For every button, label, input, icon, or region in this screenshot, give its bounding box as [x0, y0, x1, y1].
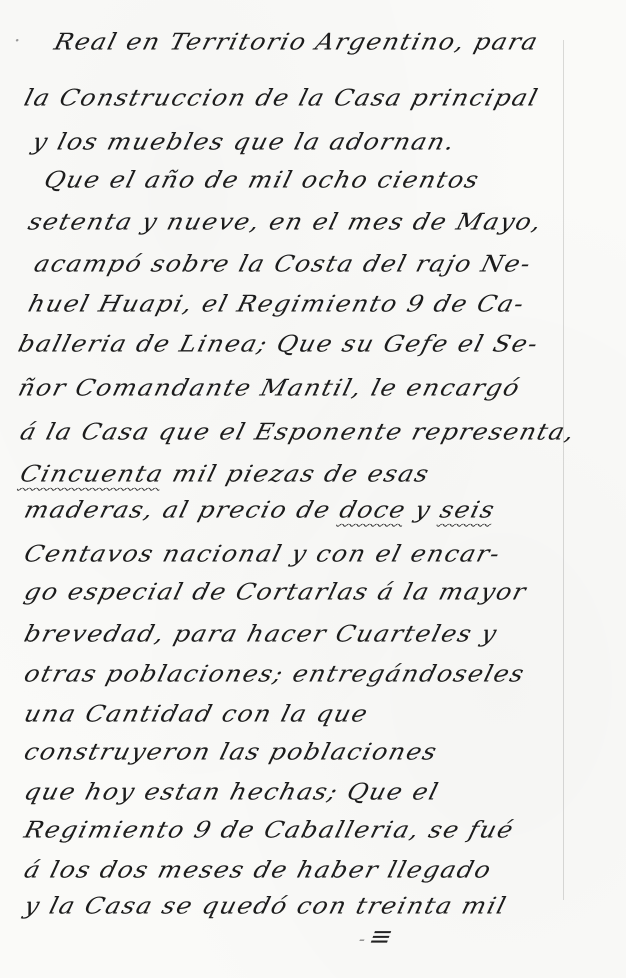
manuscript-line: á los dos meses de haber llegado	[22, 858, 494, 881]
line-text: y los muebles que la adornan.	[30, 128, 459, 155]
line-text: y la Casa se quedó con treinta mil	[22, 892, 510, 919]
line-text: á los dos meses de haber llegado	[22, 856, 495, 883]
manuscript-page: · Real en Territorio Argentino, para la …	[0, 0, 626, 978]
line-text: á la Casa que el Esponente representa,	[18, 418, 579, 445]
line-text: Que el año de mil ocho cientos	[42, 166, 483, 193]
line-text: brevedad, para hacer Cuarteles y	[22, 620, 501, 647]
manuscript-line: la Construccion de la Casa principal	[22, 86, 541, 109]
line-text: Real en Territorio Argentino, para	[52, 28, 542, 55]
manuscript-line: y la Casa se quedó con treinta mil	[22, 894, 509, 917]
manuscript-line: huel Huapi, el Regimiento 9 de Ca-	[26, 292, 527, 315]
underlined-word: Cincuenta	[18, 460, 167, 487]
line-text: construyeron las poblaciones	[22, 738, 441, 765]
line-text: acampó sobre la Costa del rajo Ne-	[32, 250, 535, 277]
manuscript-line: una Cantidad con la que	[22, 702, 371, 725]
margin-rule	[563, 40, 564, 900]
manuscript-line: maderas, al precio de doce y seis	[22, 498, 498, 521]
manuscript-line: otras poblaciones; entregándoseles	[22, 662, 528, 685]
manuscript-line: brevedad, para hacer Cuarteles y	[22, 622, 500, 645]
page-mark-glyph: ≡	[365, 922, 398, 952]
manuscript-line: Regimiento 9 de Caballeria, se fué	[22, 818, 517, 841]
manuscript-line: Que el año de mil ocho cientos	[42, 168, 482, 191]
line-text: maderas, al precio de	[22, 496, 344, 523]
line-text: que hoy estan hechas; Que el	[22, 778, 443, 805]
page-mark: -≡	[355, 922, 398, 952]
line-text: mil piezas de esas	[160, 460, 432, 487]
manuscript-line: go especial de Cortarlas á la mayor	[22, 580, 529, 603]
underlined-word: seis	[437, 496, 498, 523]
line-text: ñor Comandante Mantil, le encargó	[16, 374, 524, 401]
manuscript-line: Cincuenta mil piezas de esas	[18, 462, 432, 485]
underlined-word: doce	[337, 496, 410, 523]
manuscript-line: balleria de Linea; Que su Gefe el Se-	[16, 332, 541, 355]
line-text: go especial de Cortarlas á la mayor	[22, 578, 530, 605]
line-text: la Construccion de la Casa principal	[22, 84, 542, 111]
manuscript-line: acampó sobre la Costa del rajo Ne-	[32, 252, 534, 275]
manuscript-line: Real en Territorio Argentino, para	[52, 30, 541, 53]
manuscript-line: construyeron las poblaciones	[22, 740, 440, 763]
line-text: Regimiento 9 de Caballeria, se fué	[22, 816, 518, 843]
manuscript-line: y los muebles que la adornan.	[30, 130, 458, 153]
line-text: huel Huapi, el Regimiento 9 de Ca-	[26, 290, 528, 317]
line-text: balleria de Linea; Que su Gefe el Se-	[16, 330, 542, 357]
corner-mark: ·	[14, 28, 20, 52]
manuscript-line: que hoy estan hechas; Que el	[22, 780, 442, 803]
line-text: setenta y nueve, en el mes de Mayo,	[26, 208, 546, 235]
line-text: otras poblaciones; entregándoseles	[22, 660, 528, 687]
line-text: una Cantidad con la que	[22, 700, 372, 727]
manuscript-line: ñor Comandante Mantil, le encargó	[16, 376, 523, 399]
manuscript-line: á la Casa que el Esponente representa,	[18, 420, 578, 443]
line-text: Centavos nacional y con el encar-	[22, 540, 504, 567]
manuscript-line: Centavos nacional y con el encar-	[22, 542, 503, 565]
manuscript-line: setenta y nueve, en el mes de Mayo,	[26, 210, 545, 233]
